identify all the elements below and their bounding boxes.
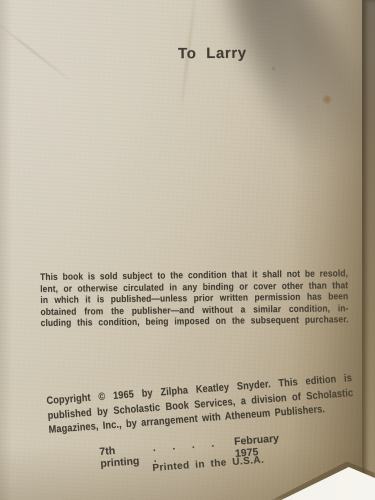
facing-page-edge [362, 0, 375, 478]
dedication-text: To Larry [178, 45, 247, 63]
left-edge-shadow [0, 0, 12, 500]
book-page-photo: To Larry This book is sold subject to th… [0, 0, 375, 500]
